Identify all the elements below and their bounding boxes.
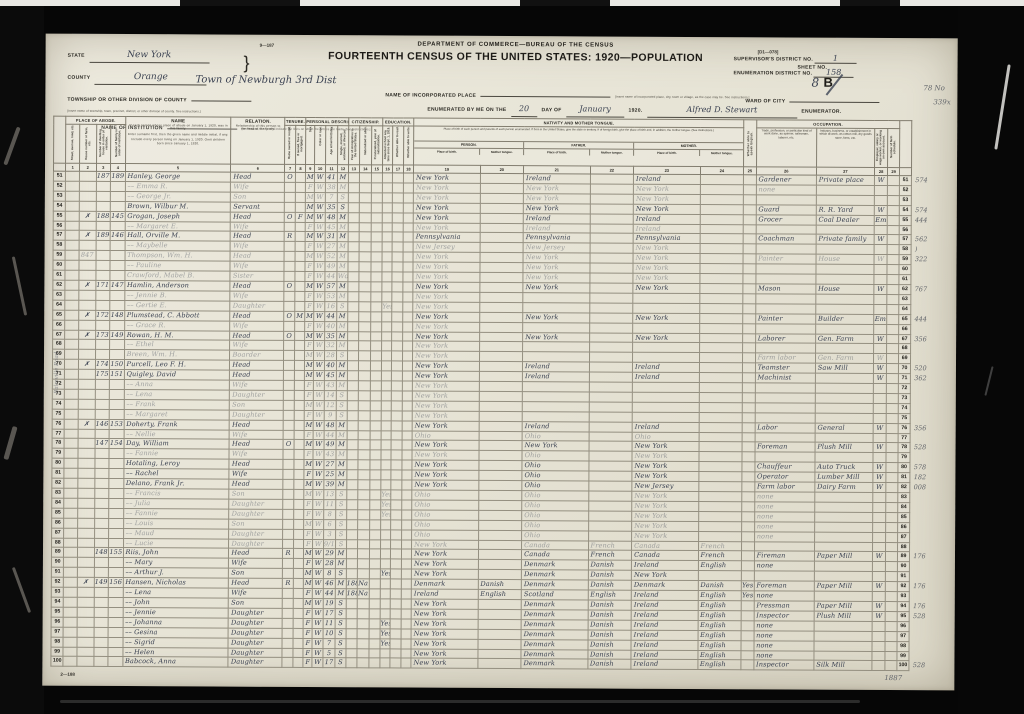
cell-rel: Son: [230, 400, 284, 410]
cell-fpb: New York: [523, 253, 589, 263]
cell-mt: [478, 619, 522, 629]
cell-mt: [478, 530, 522, 540]
line-number-right: 63: [899, 294, 912, 304]
cell-dw: 146: [95, 419, 110, 429]
cell-yi: [348, 242, 359, 252]
cell-yi: [348, 222, 359, 232]
cell-mmt: [700, 254, 744, 264]
cell-na: [357, 658, 368, 668]
cell-ind: Paper Mill: [814, 601, 872, 611]
cell-age: 49: [324, 440, 337, 450]
cell-yn: [369, 539, 380, 549]
cell-fmt: [589, 402, 633, 412]
torn-left-edge: [0, 6, 44, 714]
cell-cls: [874, 265, 888, 275]
cell-mt: [479, 312, 523, 322]
cell-na: [358, 460, 369, 470]
cell-fs: [886, 453, 898, 463]
line-number-right: 67: [898, 334, 911, 344]
pencil-margin-note: [910, 453, 937, 463]
cell-mt: [478, 570, 522, 580]
cell-en: [743, 214, 756, 224]
cell-sex: M: [304, 440, 313, 450]
cell-wr: [401, 658, 411, 668]
relation-desc: Relationship of this person to the head …: [232, 124, 285, 133]
cell-sex: M: [303, 569, 312, 579]
cell-st: [64, 627, 78, 637]
cell-rel: Wife: [230, 340, 284, 350]
family-col-head: Number of family in order of visitation.: [111, 124, 126, 163]
cell-fmt: Danish: [588, 610, 632, 620]
cell-yi: [348, 252, 359, 262]
cell-hn: ✗: [78, 360, 95, 370]
cell-sex: F: [305, 222, 314, 232]
cell-mpb: [633, 323, 699, 333]
line-number: 56: [53, 221, 66, 231]
line-number-right: 57: [899, 235, 912, 245]
cell-mo: [293, 638, 303, 648]
pencil-margin-note: 176: [910, 582, 937, 592]
cell-yn: [370, 331, 381, 341]
cell-fmt: [590, 184, 634, 194]
line-number: 55: [53, 211, 66, 221]
line-col-head-right: [899, 121, 912, 168]
cell-yi: [346, 500, 357, 510]
cell-na: [357, 609, 368, 619]
cell-cr: W: [313, 549, 323, 559]
cell-ms: M: [338, 173, 348, 183]
cell-na: [358, 539, 369, 549]
pencil-margin-note: [910, 542, 937, 552]
cell-pb: New York: [413, 203, 479, 213]
cell-mo: [295, 262, 305, 272]
pencil-margin-note: [910, 562, 937, 572]
cell-yi: [348, 262, 359, 272]
cell-name: –– Johanna: [123, 617, 229, 627]
cell-cls: W: [873, 364, 887, 374]
cell-rel: Wife: [231, 182, 285, 192]
township-value: Town of Newburgh 3rd Dist: [195, 74, 336, 86]
cell-st: [64, 508, 78, 518]
cell-fmt: [589, 392, 633, 402]
cell-ms: M: [337, 222, 347, 232]
cell-mt: English: [478, 589, 522, 599]
cell-ten: R: [285, 232, 295, 242]
cell-ten: O: [285, 212, 295, 222]
cell-age: 8: [324, 509, 337, 519]
sex-col-head: Sex.: [306, 125, 316, 164]
pencil-margin-note: 528: [910, 443, 937, 453]
cell-yi: [347, 480, 358, 490]
cell-mmt: [698, 482, 742, 492]
cell-fs: [886, 601, 898, 611]
cell-en: [742, 442, 755, 452]
county-value-line: Orange: [95, 66, 207, 86]
cell-rel: Daughter: [229, 618, 283, 628]
cell-mt: [478, 490, 522, 500]
cell-fmt: [588, 481, 632, 491]
cell-mt: [478, 550, 522, 560]
cell-mt: [479, 282, 523, 292]
cell-as: Yes: [381, 510, 391, 520]
cell-rel: Son: [229, 598, 283, 608]
cell-mmt: [699, 392, 743, 402]
cell-fmt: [590, 223, 634, 233]
cell-rel: Son: [231, 192, 285, 202]
cell-age: 12: [324, 400, 337, 410]
cell-name: –– Pauline: [125, 261, 231, 271]
cell-mmt: [700, 234, 744, 244]
cell-ind: [814, 641, 872, 651]
color-label: Color or race.: [319, 126, 322, 146]
cell-hn: [78, 468, 95, 478]
cell-na: [358, 500, 369, 510]
cell-en: [742, 403, 755, 413]
cell-age: 44: [325, 272, 338, 282]
cell-mt: [478, 609, 522, 619]
township-line: [191, 100, 251, 101]
cell-mpb: Ireland: [631, 590, 697, 600]
cell-age: 48: [325, 212, 338, 222]
pencil-margin-note: [910, 592, 937, 602]
line-number-right: 92: [897, 582, 910, 592]
cell-ms: M: [337, 371, 347, 381]
cell-yn: [369, 460, 380, 470]
cell-as: [380, 609, 390, 619]
cell-age: 45: [325, 222, 338, 232]
cell-mt: [478, 520, 522, 530]
cell-fpb: Denmark: [521, 580, 587, 590]
cell-cls: [874, 275, 888, 285]
cell-cls: W: [874, 175, 888, 185]
cell-fmt: [588, 531, 632, 541]
cell-st: [64, 498, 78, 508]
cell-fam: [110, 340, 125, 350]
father-pob-label: Place of birth.: [524, 149, 590, 155]
cell-fs: [887, 354, 899, 364]
cell-yi: [348, 173, 359, 183]
nativity-sub-labels: Place of birth. Mother tongue. Place of …: [414, 149, 743, 157]
cell-occ: Fireman: [754, 551, 814, 561]
cell-fmt: [589, 372, 633, 382]
cell-sex: F: [304, 499, 313, 509]
line-number-right: 61: [899, 275, 912, 285]
line-number: 95: [51, 607, 64, 617]
cell-rd: [390, 629, 400, 639]
cell-as: Yes: [381, 490, 391, 500]
cell-occ: [755, 304, 815, 314]
cell-sex: M: [305, 192, 314, 202]
cell-yi: [346, 638, 357, 648]
cell-as: [380, 539, 390, 549]
cell-rd: [391, 559, 401, 569]
cell-yi: [347, 351, 358, 361]
cell-rel: Head: [230, 331, 284, 341]
cell-mmt: [698, 462, 742, 472]
cell-st: [64, 528, 78, 538]
cell-hn: [78, 518, 95, 528]
cell-st: [65, 379, 79, 389]
census-title: FOURTEENTH CENSUS OF THE UNITED STATES: …: [256, 50, 776, 65]
cell-rd: [390, 648, 400, 658]
cell-fmt: [589, 313, 633, 323]
cell-cls: W: [874, 235, 888, 245]
cell-name: –– Louis: [123, 518, 229, 528]
cell-en: [743, 224, 756, 234]
cell-fpb: New York: [523, 312, 589, 322]
cell-fmt: [589, 293, 633, 303]
cell-mpb: New York: [632, 442, 698, 452]
cell-na: [357, 638, 368, 648]
column-number: 24: [700, 167, 744, 175]
cell-ms: M: [337, 321, 347, 331]
cell-occ: [755, 393, 815, 403]
cell-mpb: New York: [633, 184, 699, 194]
cell-en: [742, 413, 755, 423]
cell-ten: [283, 598, 293, 608]
cell-fpb: New York: [523, 273, 589, 283]
cell-wr: [401, 579, 411, 589]
cell-name: Breen, Wm. H.: [124, 350, 230, 360]
cell-cr: W: [314, 331, 324, 341]
cell-yi: [346, 599, 357, 609]
cell-mpb: [633, 353, 699, 363]
cell-ind: General: [815, 423, 873, 433]
cell-mo: [295, 301, 305, 311]
cell-rd: [390, 609, 400, 619]
cell-yi: [347, 460, 358, 470]
cell-yn: [369, 619, 380, 629]
cell-mo: [293, 519, 303, 529]
line-number: 97: [51, 627, 64, 637]
cell-cr: W: [313, 499, 323, 509]
cell-fpb: New Jersey: [523, 243, 589, 253]
cell-rd: [391, 520, 401, 530]
column-number: [53, 163, 65, 171]
cell-mpb: Ireland: [633, 214, 699, 224]
cell-rd: [390, 639, 400, 649]
cell-fs: [885, 641, 897, 651]
line-number: 89: [51, 548, 64, 558]
cell-rel: Sister: [230, 271, 284, 281]
cell-mo: [293, 618, 303, 628]
cell-cls: [873, 502, 887, 512]
cell-hn: [77, 597, 94, 607]
cell-hn: [77, 587, 94, 597]
cell-dw: [94, 478, 109, 488]
cell-st: [64, 439, 78, 449]
cell-na: [359, 351, 370, 361]
cell-mo: [294, 460, 304, 470]
cell-name: –– Fannie: [124, 449, 230, 459]
cell-mt: [479, 431, 523, 441]
cell-age: 25: [324, 470, 337, 480]
cell-name: –– Maud: [123, 528, 229, 538]
cell-yn: [369, 638, 380, 648]
line-number-right: 83: [898, 493, 911, 503]
cell-ind: [814, 512, 872, 522]
line-number: 90: [51, 557, 64, 567]
cell-mt: [479, 421, 523, 431]
cell-fmt: Danish: [588, 620, 632, 630]
cell-cls: [874, 304, 888, 314]
cell-na: [358, 411, 369, 421]
cell-cls: W: [872, 601, 886, 611]
state-row: STATE New York: [68, 44, 268, 64]
tenure-group: TENURE.: [285, 117, 306, 125]
cell-as: [382, 282, 392, 292]
cell-mo: [294, 341, 304, 351]
cell-wr: [401, 609, 411, 619]
cell-dw: [95, 379, 110, 389]
cell-rd: [391, 480, 401, 490]
cell-pb: New York: [412, 480, 478, 490]
cell-mo: [294, 420, 304, 430]
cell-ten: [283, 569, 293, 579]
cell-cls: [872, 562, 886, 572]
cell-hn: [77, 657, 94, 667]
cell-name: Doherty, Frank: [124, 419, 230, 429]
personal-description-group: PERSONAL DESCRIPTION.: [306, 117, 349, 125]
write-col-head: Whether able to write.: [403, 126, 414, 165]
cell-yi: [346, 490, 357, 500]
cell-ten: [284, 301, 294, 311]
line-number: 78: [52, 439, 65, 449]
cell-pb: New York: [412, 460, 478, 470]
cell-fpb: Denmark: [521, 609, 587, 619]
cell-pb: New York: [413, 332, 479, 342]
cell-wr: [402, 351, 412, 361]
cell-wr: [402, 361, 412, 371]
cell-mo: [294, 321, 304, 331]
cell-st: [64, 488, 78, 498]
pencil-margin-note: ): [911, 245, 938, 255]
cell-hn: ✗: [79, 310, 96, 320]
cell-mo: [293, 509, 303, 519]
cell-sex: M: [306, 172, 315, 182]
cell-occ: none: [754, 650, 814, 660]
cell-st: [66, 221, 80, 231]
pencil-margin-note: [910, 433, 937, 443]
cell-fpb: Ireland: [523, 362, 589, 372]
pencil-margin-note: [909, 621, 936, 631]
cell-ind: Private place: [816, 175, 874, 185]
cell-hn: [79, 181, 96, 191]
cell-fam: [110, 181, 125, 191]
cell-ind: Paper Mill: [814, 581, 872, 591]
cell-age: 53: [325, 291, 338, 301]
cell-rel: Servant: [231, 202, 285, 212]
cell-occ: Farm labor: [755, 353, 815, 363]
cell-cr: W: [314, 321, 324, 331]
cell-st: [66, 211, 80, 221]
cell-rd: [392, 252, 402, 262]
cell-yn: [369, 629, 380, 639]
cell-mpb: [633, 343, 699, 353]
line-number-right: 69: [898, 354, 911, 364]
cell-name: –– Grace R.: [124, 320, 230, 330]
cell-yn: [370, 292, 381, 302]
cell-rel: Head: [230, 360, 284, 370]
cell-name: –– Anna: [124, 380, 230, 390]
cell-occ: Guard: [756, 205, 816, 215]
cell-name: –– Gesina: [123, 627, 229, 637]
cell-age: 11: [324, 499, 337, 509]
cell-mpb: Ireland: [631, 610, 697, 620]
pencil-margin-note: [911, 394, 938, 404]
line-number-right: 96: [897, 621, 910, 631]
cell-ten: [284, 341, 294, 351]
farm-schedule-col-head: Number of farm schedule.: [888, 129, 900, 168]
cell-fpb: Ohio: [522, 491, 588, 501]
cell-en: [744, 185, 757, 195]
cell-wr: [403, 282, 413, 292]
cell-wr: [403, 173, 413, 183]
cell-en: Yes: [741, 591, 754, 601]
cell-dw: [95, 389, 110, 399]
cell-occ: Painter: [756, 254, 816, 264]
cell-mmt: [698, 531, 742, 541]
cell-sex: F: [304, 509, 313, 519]
cell-ten: [283, 470, 293, 480]
cell-ms: S: [336, 509, 346, 519]
cell-wr: [403, 292, 413, 302]
cell-cr: W: [313, 589, 323, 599]
cell-name: –– George Jr.: [125, 191, 231, 201]
cell-pb: New York: [413, 351, 479, 361]
cell-cls: [873, 393, 887, 403]
cell-hn: [78, 528, 95, 538]
cell-pb: New York: [412, 450, 478, 460]
cell-sex: M: [305, 311, 314, 321]
line-number-right: 88: [897, 542, 910, 552]
cell-cls: [872, 651, 886, 661]
cell-ind: Private family: [816, 235, 874, 245]
cell-ms: S: [336, 529, 346, 539]
cell-rel: Boarder: [230, 350, 284, 360]
cell-yn: [371, 203, 382, 213]
cell-fpb: Denmark: [521, 649, 587, 659]
cell-mt: [480, 203, 524, 213]
cell-wr: [401, 648, 411, 658]
cell-mo: [295, 242, 305, 252]
cell-sex: F: [305, 242, 314, 252]
cell-age: 39: [324, 480, 337, 490]
cell-age: 28: [324, 351, 337, 361]
cell-st: [64, 478, 78, 488]
cell-yi: [348, 292, 359, 302]
cell-age: 29: [323, 549, 336, 559]
cell-fpb: Scotland: [521, 590, 587, 600]
cell-sex: M: [304, 480, 313, 490]
pencil-margin-note: 574: [912, 205, 939, 215]
column-number: 28: [874, 167, 888, 175]
cell-fam: [109, 459, 124, 469]
cell-occ: [755, 294, 815, 304]
column-number: 22: [590, 166, 634, 174]
school-col-head: Attended school any time since Sept. 1, …: [382, 126, 393, 165]
cell-na: [358, 519, 369, 529]
cell-st: [63, 657, 77, 667]
cell-yn: [369, 579, 380, 589]
cell-wr: [401, 520, 411, 530]
cell-fmt: [589, 441, 633, 451]
cell-dw: [96, 221, 111, 231]
cell-wr: [402, 440, 412, 450]
cell-mmt: [699, 323, 743, 333]
cell-mo: [293, 658, 303, 668]
cell-na: [359, 212, 370, 222]
